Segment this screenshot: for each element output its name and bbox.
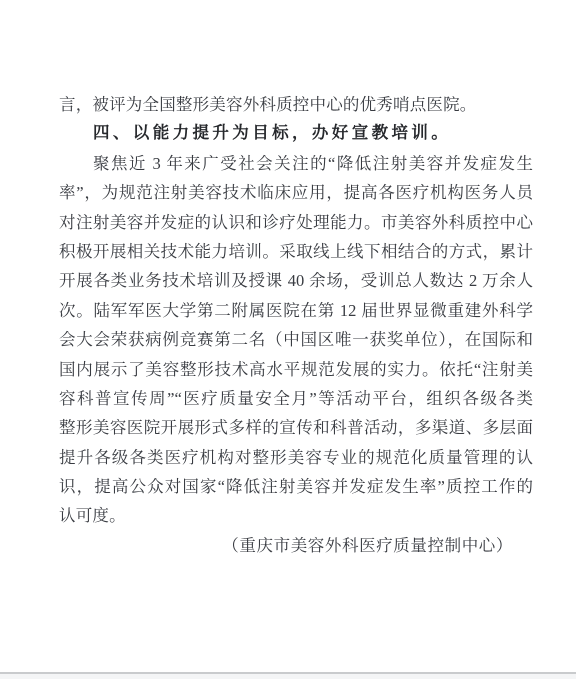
text-line: 认可度。 [59,501,533,530]
text-line: 容科普宣传周”“医疗质量安全月”等活动平台，组织各级各类 [59,384,533,413]
text-line: 整形美容医院开展形式多样的宣传和科普活动，多渠道、多层面 [59,413,533,442]
document-text-block: 言，被评为全国整形美容外科质控中心的优秀哨点医院。四、以能力提升为目标，办好宣教… [59,90,533,560]
text-line: 次。陆军军医大学第二附属医院在第 12 届世界显微重建外科学 [59,296,533,325]
text-line: 言，被评为全国整形美容外科质控中心的优秀哨点医院。 [59,90,533,119]
text-line: 积极开展相关技术能力培训。采取线上线下相结合的方式，累计 [59,237,533,266]
text-line: 国内展示了美容整形技术高水平规范发展的实力。依托“注射美 [59,355,533,384]
text-line: 对注射美容并发症的认识和诊疗处理能力。市美容外科质控中心 [59,208,533,237]
text-line: 识，提高公众对国家“降低注射美容并发症发生率”质控工作的 [59,472,533,501]
attribution-line: （重庆市美容外科医疗质量控制中心） [59,531,533,560]
background-below-page [0,674,576,679]
text-line: 提升各级各类医疗机构对整形美容专业的规范化质量管理的认 [59,443,533,472]
text-line: 会大会荣获病例竞赛第二名（中国区唯一获奖单位），在国际和 [59,325,533,354]
text-line: 开展各类业务技术培训及授课 40 余场，受训总人数达 2 万余人 [59,266,533,295]
document-page: 言，被评为全国整形美容外科质控中心的优秀哨点医院。四、以能力提升为目标，办好宣教… [0,0,576,672]
text-line: 率”，为规范注射美容技术临床应用，提高各医疗机构医务人员 [59,178,533,207]
section-heading: 四、以能力提升为目标，办好宣教培训。 [59,119,533,148]
text-line: 聚焦近 3 年来广受社会关注的“降低注射美容并发症发生 [59,149,533,178]
